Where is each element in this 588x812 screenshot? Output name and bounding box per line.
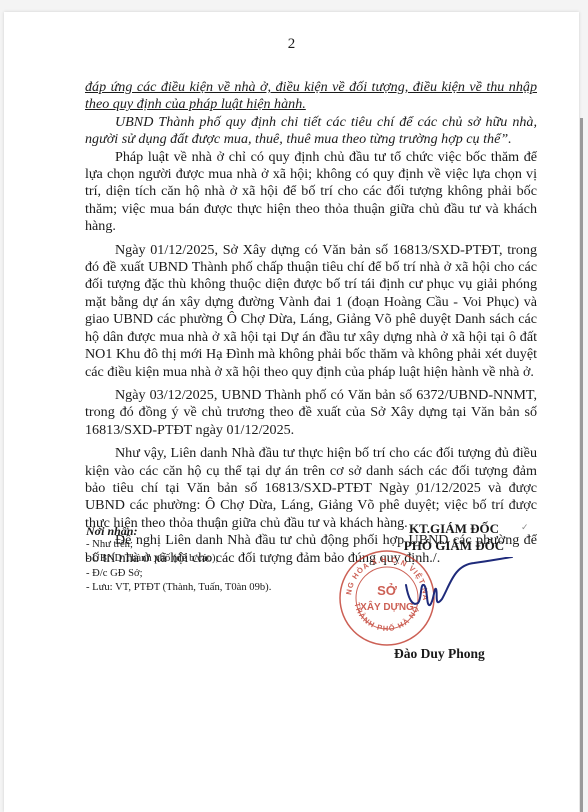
recipients-list: Nơi nhận: - Như trên; - UBND Thành phố (… [86,524,271,595]
page-edge-shadow [580,118,583,812]
paragraph-quote-end: UBND Thành phố quy định chi tiết các tiê… [85,114,537,149]
paragraph-city-approval: Ngày 03/12/2025, UBND Thành phố có Văn b… [85,387,537,439]
check-mark-icon: ✓ [414,488,422,499]
check-mark-icon: ✓ [521,522,529,533]
check-mark-icon: ✓ [213,515,221,526]
recipient-item: - Như trên; [86,538,271,552]
document-page: 2 đáp ứng các điều kiện về nhà ở, điều k… [4,12,579,812]
handwritten-signature-icon [404,557,514,627]
page-number: 2 [4,36,579,53]
recipient-item: - Đ/c GĐ Sở; [86,567,271,581]
recipient-item: - UBND Thành phố (để b/cáo); [86,552,271,566]
document-body: đáp ứng các điều kiện về nhà ở, điều kiệ… [85,79,537,567]
svg-text:SỞ: SỞ [377,583,398,598]
signer-name: Đào Duy Phong [394,646,485,662]
quoted-continuation: đáp ứng các điều kiện về nhà ở, điều kiệ… [85,79,537,114]
recipients-heading: Nơi nhận: [86,524,271,538]
paragraph-housing-law: Pháp luật về nhà ở chỉ có quy định chủ đ… [85,149,537,236]
paragraph-dept-letter: Ngày 01/12/2025, Sở Xây dựng có Văn bản … [85,242,537,381]
signature-title-line1: KT.GIÁM ĐỐC [384,520,524,537]
recipient-item: - Lưu: VT, PTĐT (Thành, Tuấn, T0àn 09b). [86,581,271,595]
